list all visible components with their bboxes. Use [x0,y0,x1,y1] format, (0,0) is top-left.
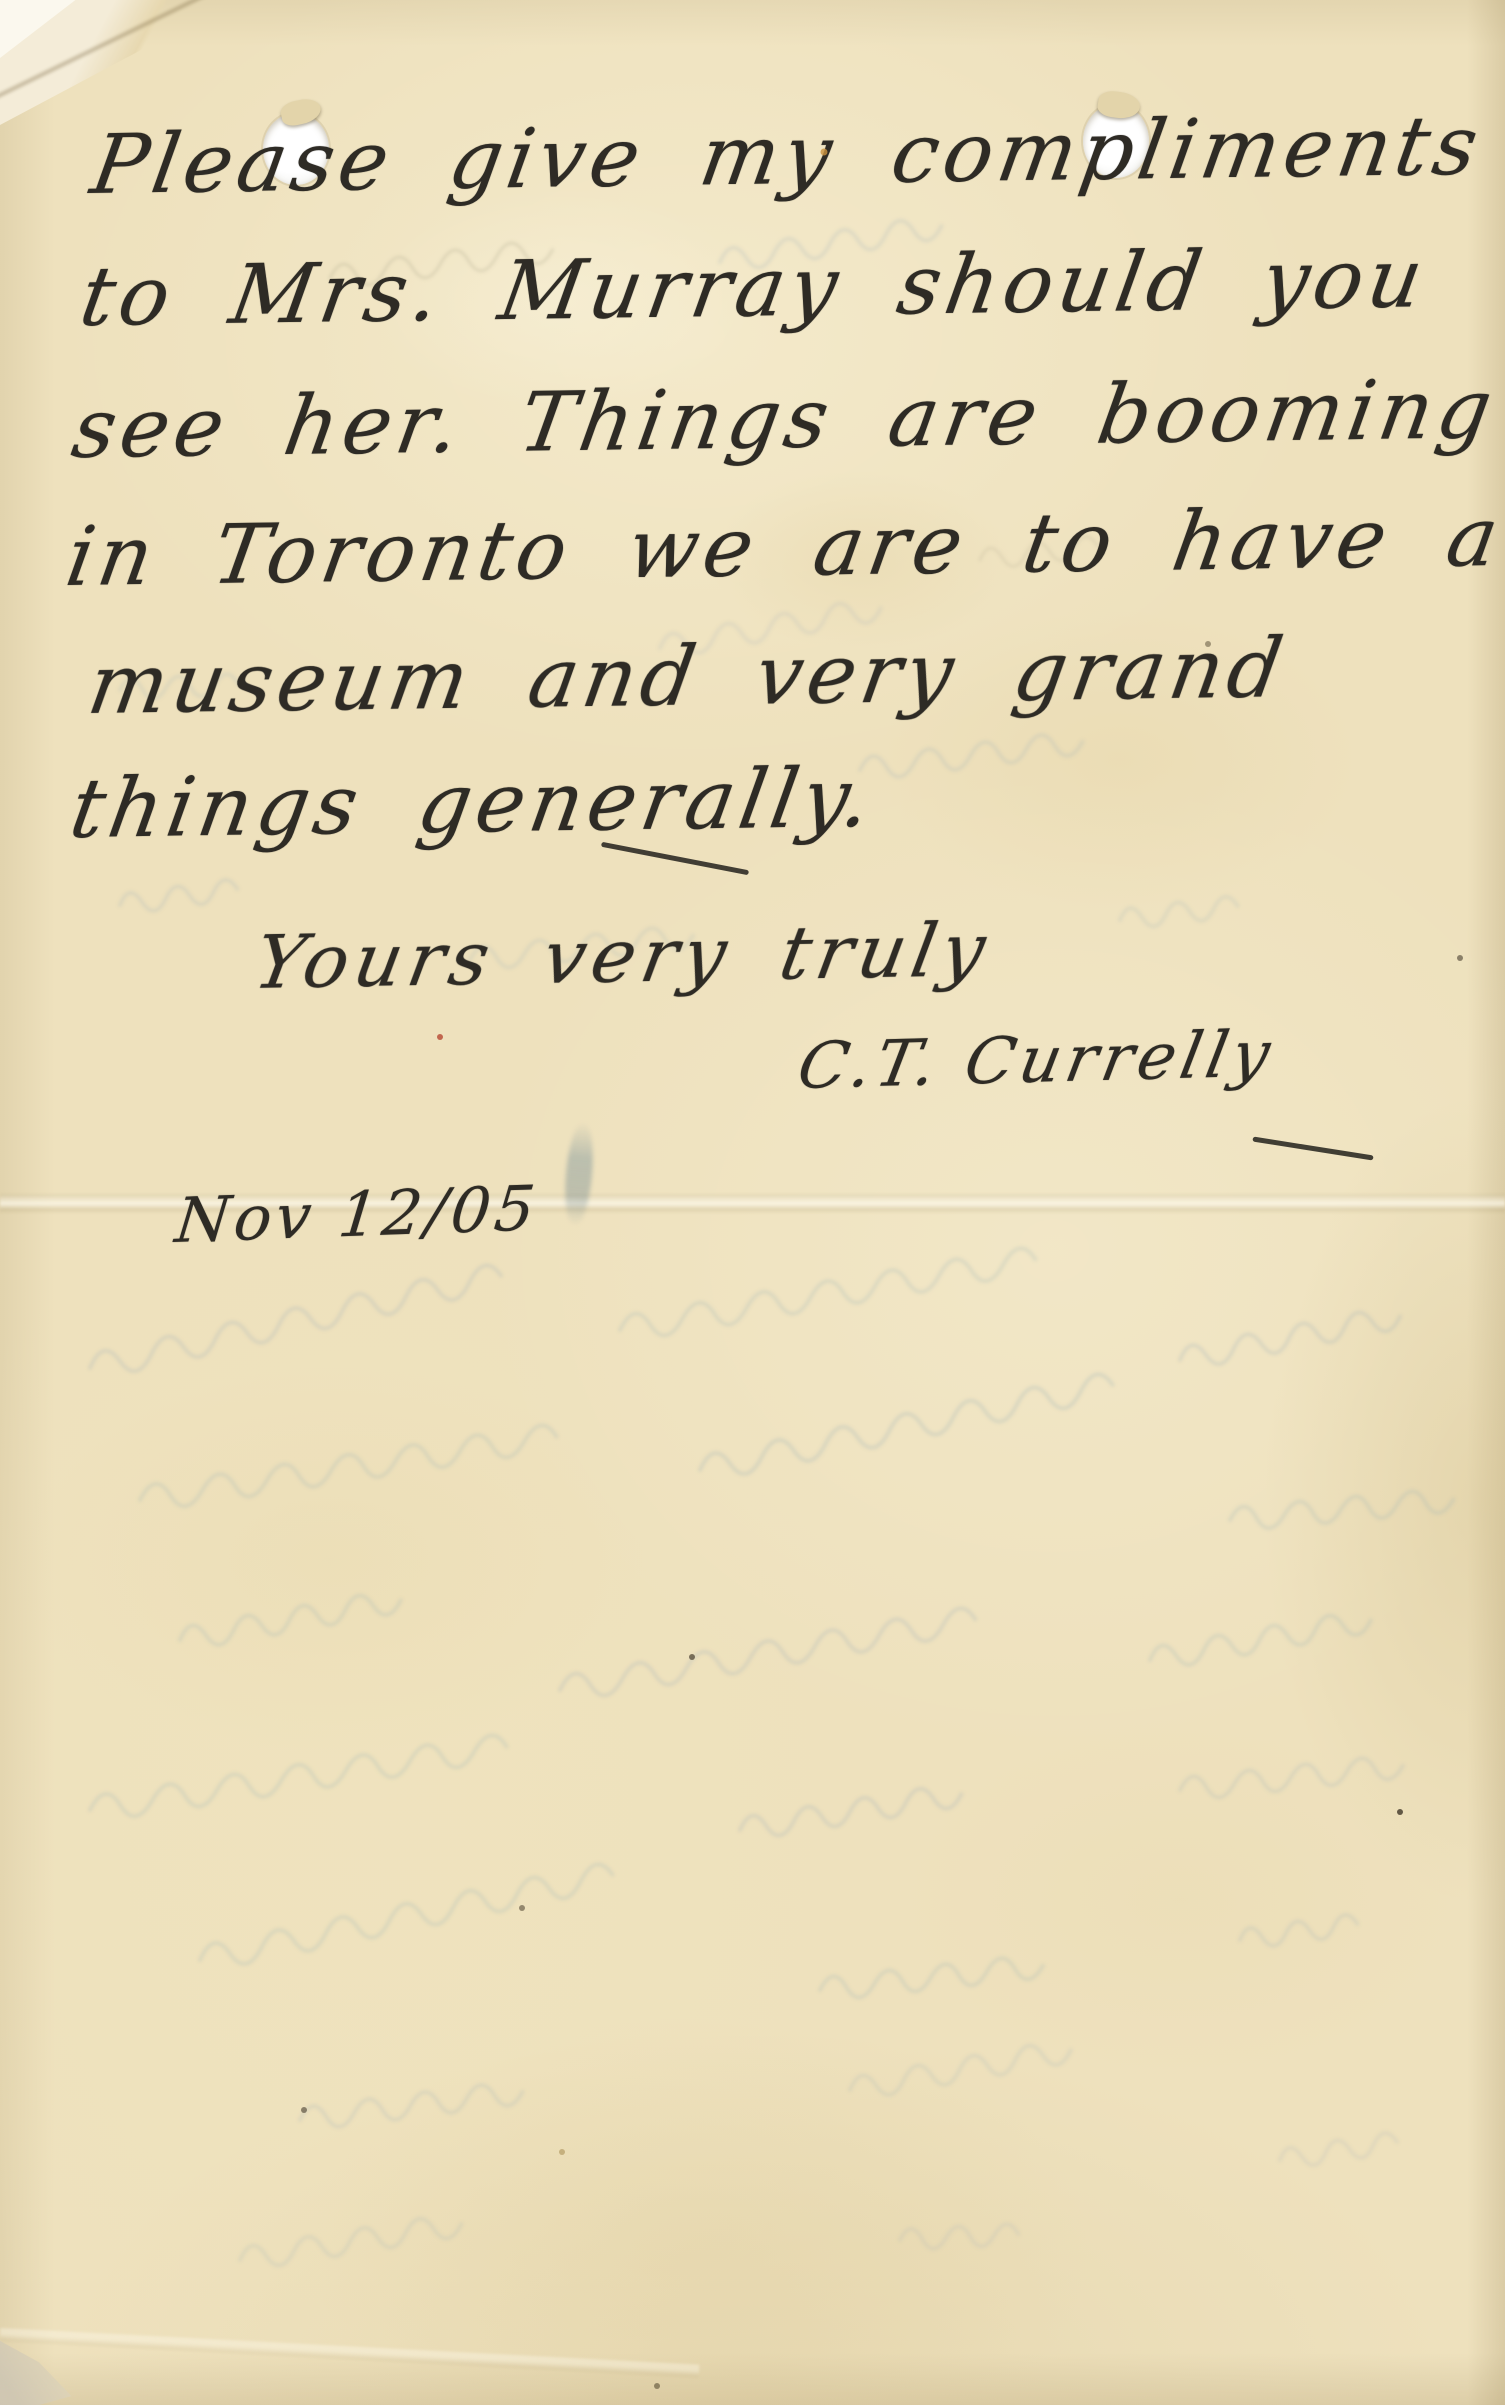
date-line: Nov 12/05 [172,1171,542,1257]
handwriting-line: in Toronto we are to have a [60,490,1505,605]
signature: C.T. Currelly [792,1018,1281,1104]
handwriting-line: museum and very grand [82,621,1294,733]
paper-specks [0,0,4,4]
handwriting-line: to Mrs. Murray should you [74,231,1434,345]
handwriting-line: Please give my compliments [85,99,1489,213]
handwriting-line: things generally. [64,751,882,857]
letter-page: Please give my compliments to Mrs. Murra… [0,0,1505,2405]
closing-line: Yours very truly [248,907,998,1006]
handwriting-line: see her. Things are booming [66,362,1503,477]
